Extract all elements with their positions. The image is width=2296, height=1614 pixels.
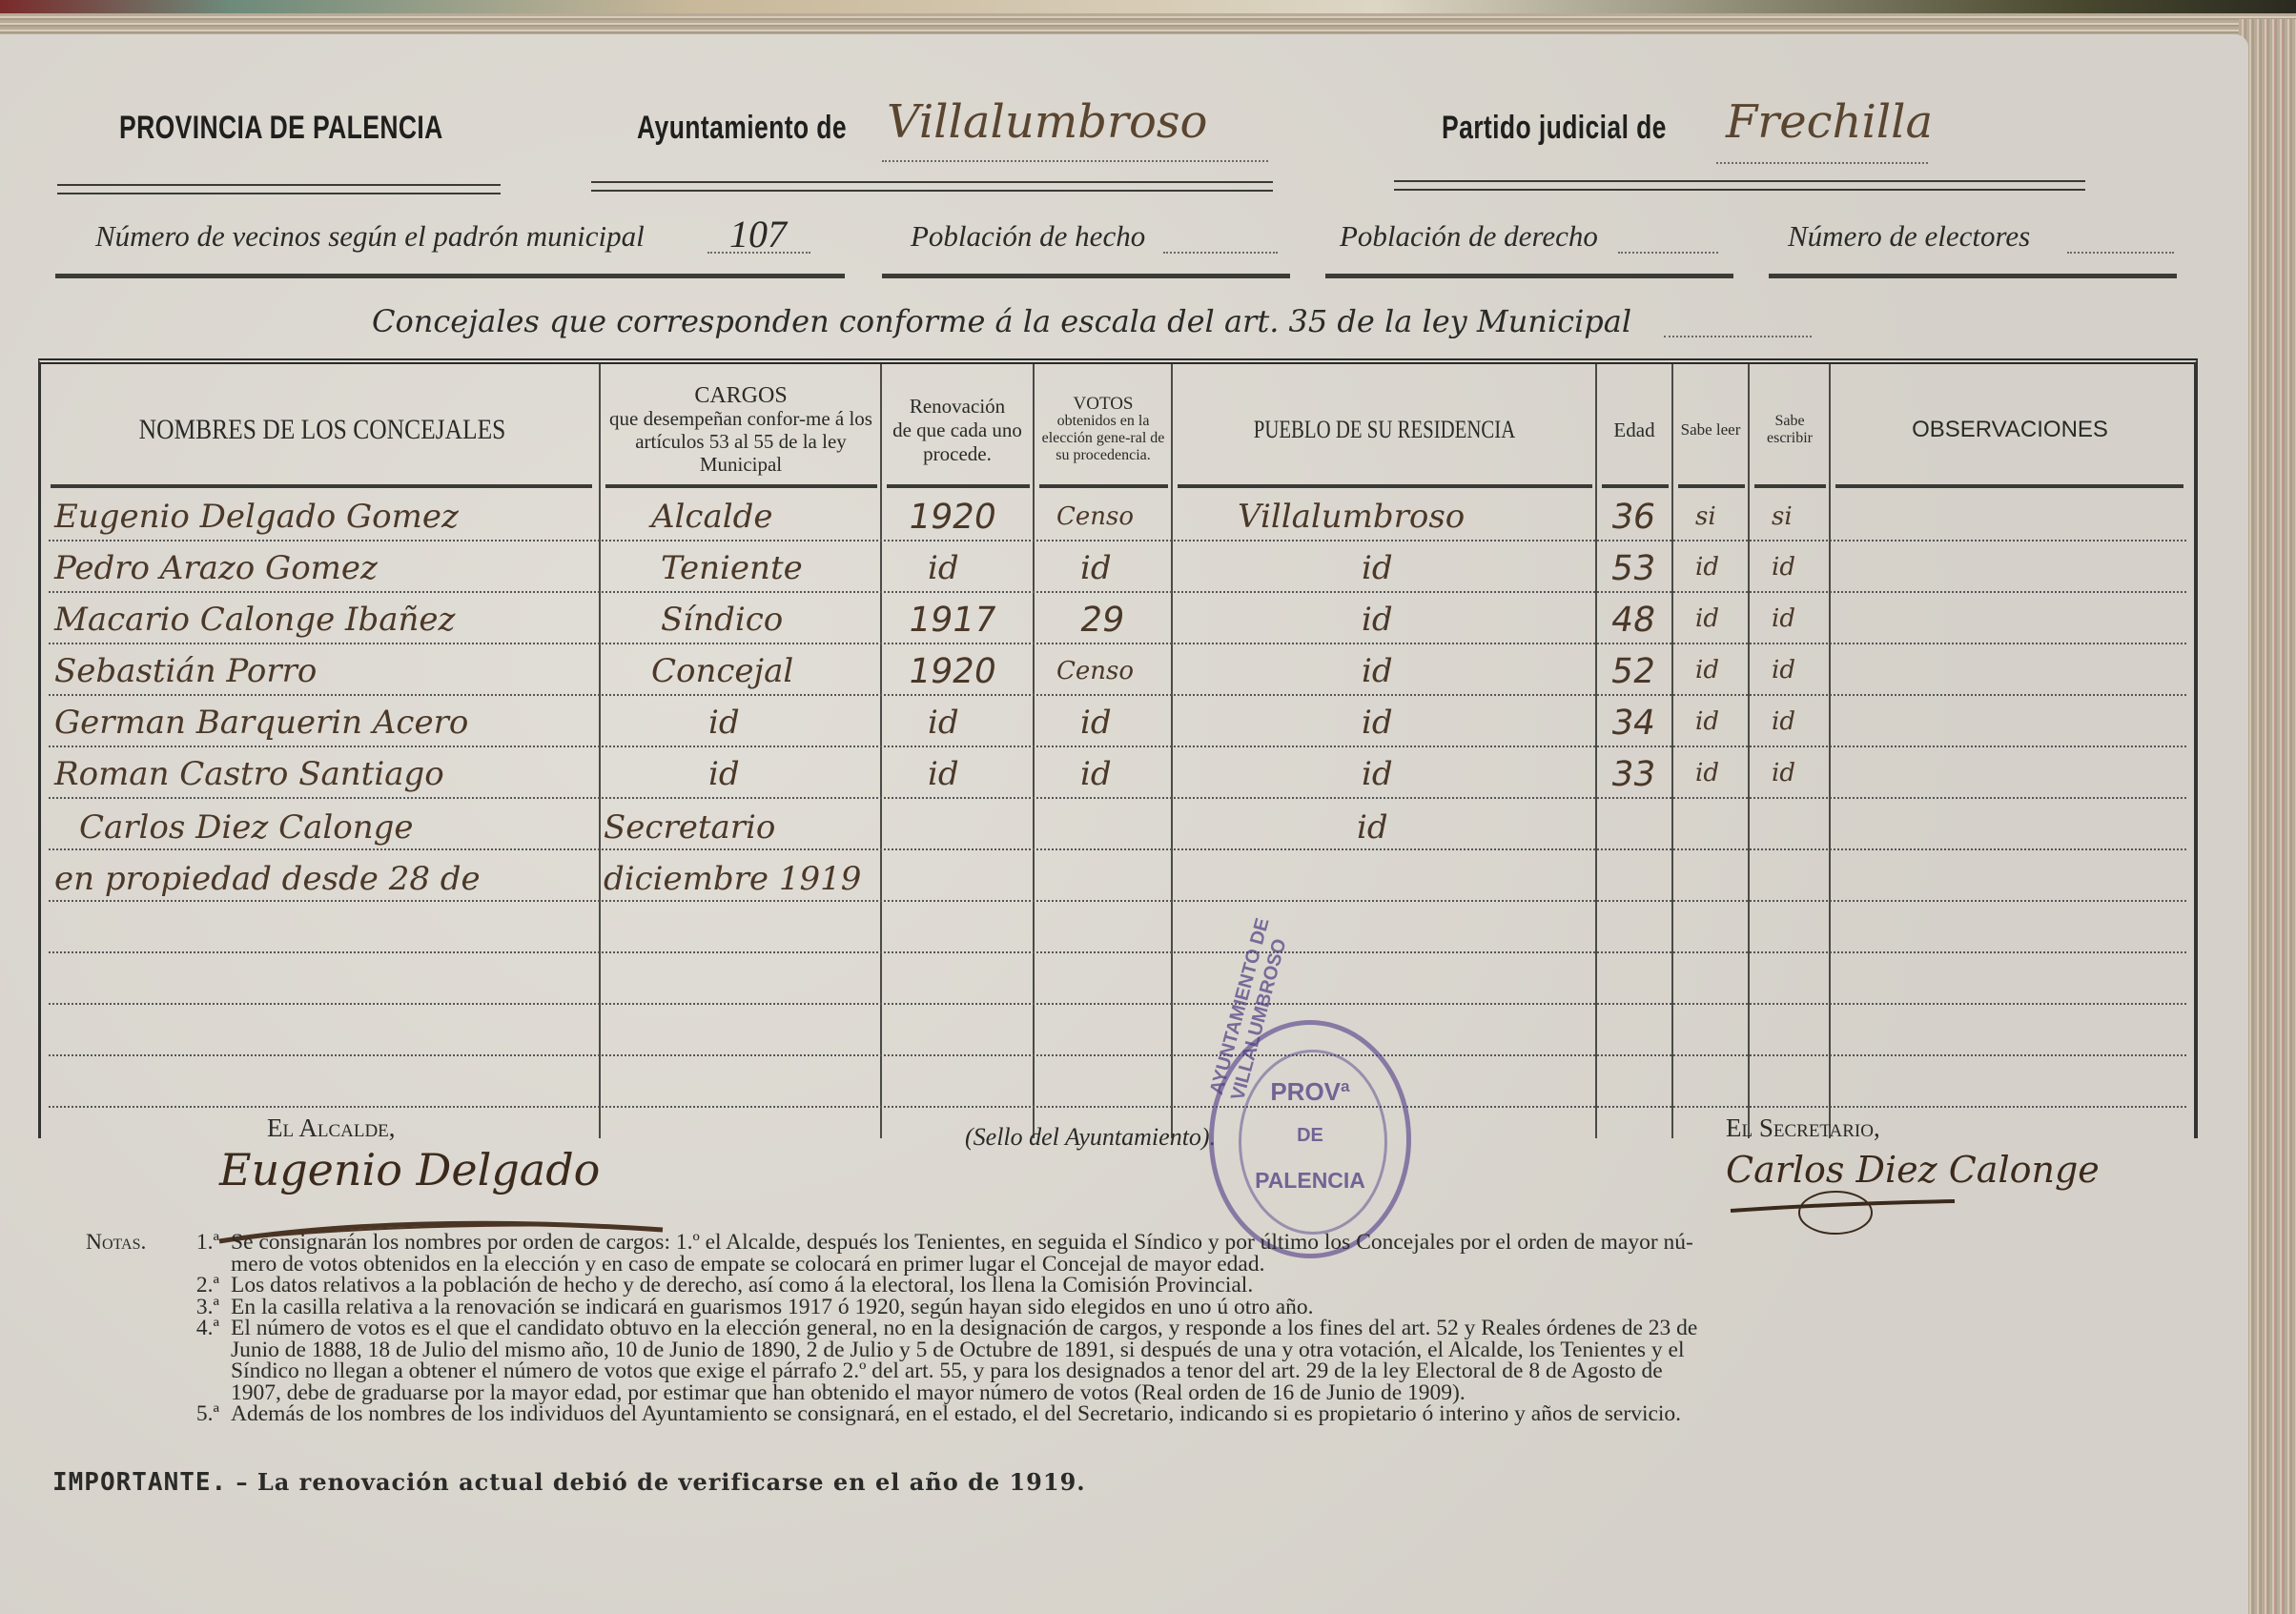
th-cargos-title: CARGOS [694, 384, 787, 407]
row-line [49, 540, 2186, 541]
th-renovacion: Renovación de que cada uno procede. [885, 378, 1030, 482]
note-text: Además de los nombres de los individuos … [231, 1403, 2183, 1425]
note-text: El número de votos es el que el candidat… [231, 1318, 2183, 1339]
concejales-dotted-line [1664, 336, 1812, 337]
cell-leer: id [1695, 759, 1719, 787]
cell-nombre: Eugenio Delgado Gomez [54, 498, 459, 536]
ayuntamiento-stamp: PROVª DE PALENCIA AYUNTAMIENTO DE VILLAL… [1209, 1020, 1411, 1258]
th-cargos: CARGOS que desempeñan confor-me á los ar… [604, 378, 878, 482]
note-2: 2.ª Los datos relativos a la población d… [86, 1275, 2183, 1297]
alcalde-signature: Eugenio Delgado [219, 1144, 600, 1195]
th-votos-sub: obtenidos en la elección gene-ral de su … [1037, 413, 1169, 464]
hecho-label: Población de hecho [911, 219, 1145, 254]
cell-nombre: German Barquerin Acero [54, 704, 468, 742]
note-number: 1.ª [181, 1232, 231, 1254]
cell-votos: Censo [1056, 502, 1134, 531]
note-spacer [86, 1297, 181, 1318]
cell-renovacion: 1917 [905, 601, 999, 640]
note-5: 5.ª Además de los nombres de los individ… [86, 1403, 2183, 1425]
vecinos-label: Número de vecinos según el padrón munici… [95, 219, 645, 254]
cell-edad: 52 [1608, 652, 1658, 691]
cell-votos: id [1080, 549, 1112, 587]
concejales-table: NOMBRES DE LOS CONCEJALES CARGOS que des… [38, 358, 2198, 1138]
cell-cargo: Concejal [651, 652, 793, 690]
cell-leer: id [1695, 707, 1719, 736]
note-3: 3.ª En la casilla relativa a la renovaci… [86, 1297, 2183, 1318]
electores-label: Número de electores [1788, 219, 2030, 254]
row-line [49, 1054, 2186, 1056]
derecho-underline [1325, 274, 1733, 278]
cell-votos: id [1080, 755, 1112, 793]
row-line [49, 1003, 2186, 1005]
derecho-input [1618, 252, 1718, 254]
note-number: 5.ª [181, 1403, 231, 1425]
note-number: 2.ª [181, 1275, 231, 1297]
cell-nombre: Macario Calonge Ibañez [54, 601, 455, 639]
cell-pueblo: id [1362, 652, 1393, 690]
stamp-line2: DE [1214, 1125, 1406, 1147]
cell-cargo: diciembre 1919 [604, 860, 861, 898]
provincia-underline [57, 184, 501, 194]
note-spacer [86, 1318, 181, 1339]
note-text: Se consignarán los nombres por orden de … [231, 1232, 2183, 1254]
cell-edad: 48 [1608, 601, 1658, 640]
note-number: 3.ª [181, 1297, 231, 1318]
note-text: mero de votos obtenidos en la elección y… [86, 1254, 2183, 1276]
header-rule [1678, 484, 1745, 488]
sello-label: (Sello del Ayuntamiento). [965, 1123, 1216, 1152]
note-text: Junio de 1888, 18 de Julio del mismo año… [86, 1339, 2183, 1361]
cell-edad: 34 [1608, 704, 1658, 743]
th-votos-title: VOTOS [1074, 396, 1134, 413]
note-4: 4.ª El número de votos es el que el cand… [86, 1318, 2183, 1339]
cell-nombre: Roman Castro Santiago [54, 755, 444, 793]
cell-leer: id [1695, 553, 1719, 582]
th-nombres: NOMBRES DE LOS CONCEJALES [92, 378, 554, 482]
cell-renovacion: 1920 [905, 498, 999, 537]
importante-notice: IMPORTANTE. – La renovación actual debió… [52, 1468, 1086, 1497]
th-renovacion-title: Renovación [910, 395, 1005, 419]
header-rule [1178, 484, 1592, 488]
hecho-underline [882, 274, 1290, 278]
cell-edad: 33 [1608, 755, 1658, 794]
notes-section: Notas. 1.ª Se consignarán los nombres po… [86, 1232, 2183, 1425]
row-line [49, 797, 2186, 799]
partido-value: Frechilla [1726, 95, 1933, 149]
th-cargos-sub: que desempeñan confor-me á los artículos… [604, 407, 878, 476]
row-line [49, 694, 2186, 696]
header-rule [1602, 484, 1669, 488]
header-rule [1754, 484, 1826, 488]
note-spacer [86, 1403, 181, 1425]
row-line [49, 643, 2186, 644]
note-spacer [86, 1275, 181, 1297]
row-line [49, 746, 2186, 747]
provincia-title: PROVINCIA DE PALENCIA [119, 110, 443, 147]
header-rule [605, 484, 877, 488]
row-line [49, 951, 2186, 953]
cell-cargo: Alcalde [651, 498, 773, 536]
vecinos-underline [55, 274, 845, 278]
cell-nombre: Sebastián Porro [54, 652, 317, 690]
cell-pueblo: Villalumbroso [1238, 498, 1465, 536]
ayuntamiento-underline [591, 181, 1273, 192]
hecho-input [1163, 252, 1278, 254]
th-edad: Edad [1600, 378, 1669, 482]
note-text: Síndico no llegan a obtener el número de… [86, 1360, 2183, 1382]
cell-cargo: Síndico [661, 601, 783, 639]
ayuntamiento-dotted-line [882, 160, 1268, 162]
cell-escribir: si [1772, 502, 1793, 531]
cell-cargo: id [708, 704, 740, 742]
cell-votos: Censo [1056, 657, 1134, 685]
partido-underline [1394, 180, 2085, 191]
cell-edad: 53 [1608, 549, 1658, 588]
cell-renovacion: id [928, 704, 959, 742]
vecinos-dotted-line [707, 252, 810, 254]
cell-escribir: id [1772, 759, 1795, 787]
header-rule [1835, 484, 2183, 488]
cell-votos: 29 [1076, 601, 1127, 640]
cell-nombre: Carlos Diez Calonge [79, 808, 414, 847]
note-1: Notas. 1.ª Se consignarán los nombres po… [86, 1232, 2183, 1254]
importante-text: – La renovación actual debió de verifica… [236, 1468, 1086, 1496]
th-renovacion-sub: de que cada uno procede. [885, 419, 1030, 466]
partido-dotted-line [1716, 162, 1928, 164]
note-text: 1907, debe de graduarse por la mayor eda… [86, 1382, 2183, 1404]
cell-nombre: Pedro Arazo Gomez [54, 549, 378, 587]
row-line [49, 848, 2186, 850]
col-sep [1171, 364, 1176, 1138]
cell-votos: id [1080, 704, 1112, 742]
row-line [49, 900, 2186, 902]
cell-escribir: id [1772, 656, 1795, 684]
cell-leer: si [1695, 502, 1716, 531]
ayuntamiento-value: Villalumbroso [887, 95, 1207, 149]
th-sabe-leer: Sabe leer [1676, 378, 1745, 482]
cell-pueblo: id [1362, 704, 1393, 742]
cell-pueblo: id [1362, 549, 1393, 587]
cell-leer: id [1695, 656, 1719, 684]
cell-cargo: Secretario [604, 808, 775, 847]
cell-pueblo: id [1362, 601, 1393, 639]
cell-nombre: en propiedad desde 28 de [54, 860, 481, 898]
cell-cargo: Teniente [661, 549, 803, 587]
stamp-line3: PALENCIA [1214, 1168, 1406, 1194]
cell-cargo: id [708, 755, 740, 793]
cell-renovacion: id [928, 549, 959, 587]
notes-label: Notas. [86, 1232, 181, 1254]
cell-escribir: id [1772, 604, 1795, 633]
cell-renovacion: 1920 [905, 652, 999, 691]
vecinos-value: 107 [729, 212, 787, 256]
note-number: 4.ª [181, 1318, 231, 1339]
cell-leer: id [1695, 604, 1719, 633]
note-text: Los datos relativos a la población de he… [231, 1275, 2183, 1297]
row-line [49, 591, 2186, 593]
concejales-scale-line: Concejales que corresponden conforme á l… [372, 303, 1631, 339]
th-pueblo: PUEBLO DE SU RESIDENCIA [1218, 378, 1551, 482]
header-rule [1039, 484, 1168, 488]
note-text: En la casilla relativa a la renovación s… [231, 1297, 2183, 1318]
ayuntamiento-label: Ayuntamiento de [637, 110, 847, 147]
importante-lead: IMPORTANTE. [52, 1468, 227, 1497]
header-rule [887, 484, 1030, 488]
cell-pueblo: id [1362, 755, 1393, 793]
derecho-label: Población de derecho [1340, 219, 1598, 254]
alcalde-label: El Alcalde, [267, 1113, 396, 1143]
header-rule [51, 484, 592, 488]
cell-pueblo: id [1357, 808, 1388, 847]
cell-edad: 36 [1608, 498, 1658, 537]
partido-label: Partido judicial de [1442, 110, 1667, 147]
electores-underline [1769, 274, 2177, 278]
electores-input [2067, 252, 2174, 254]
cell-escribir: id [1772, 553, 1795, 582]
cell-renovacion: id [928, 755, 959, 793]
th-votos: VOTOS obtenidos en la elección gene-ral … [1037, 378, 1169, 482]
secretario-label: El Secretario, [1726, 1113, 1880, 1143]
cell-escribir: id [1772, 707, 1795, 736]
row-line [49, 1106, 2186, 1108]
th-observaciones: OBSERVACIONES [1834, 378, 2186, 482]
th-sabe-escribir: Sabe escribir [1753, 378, 1827, 482]
